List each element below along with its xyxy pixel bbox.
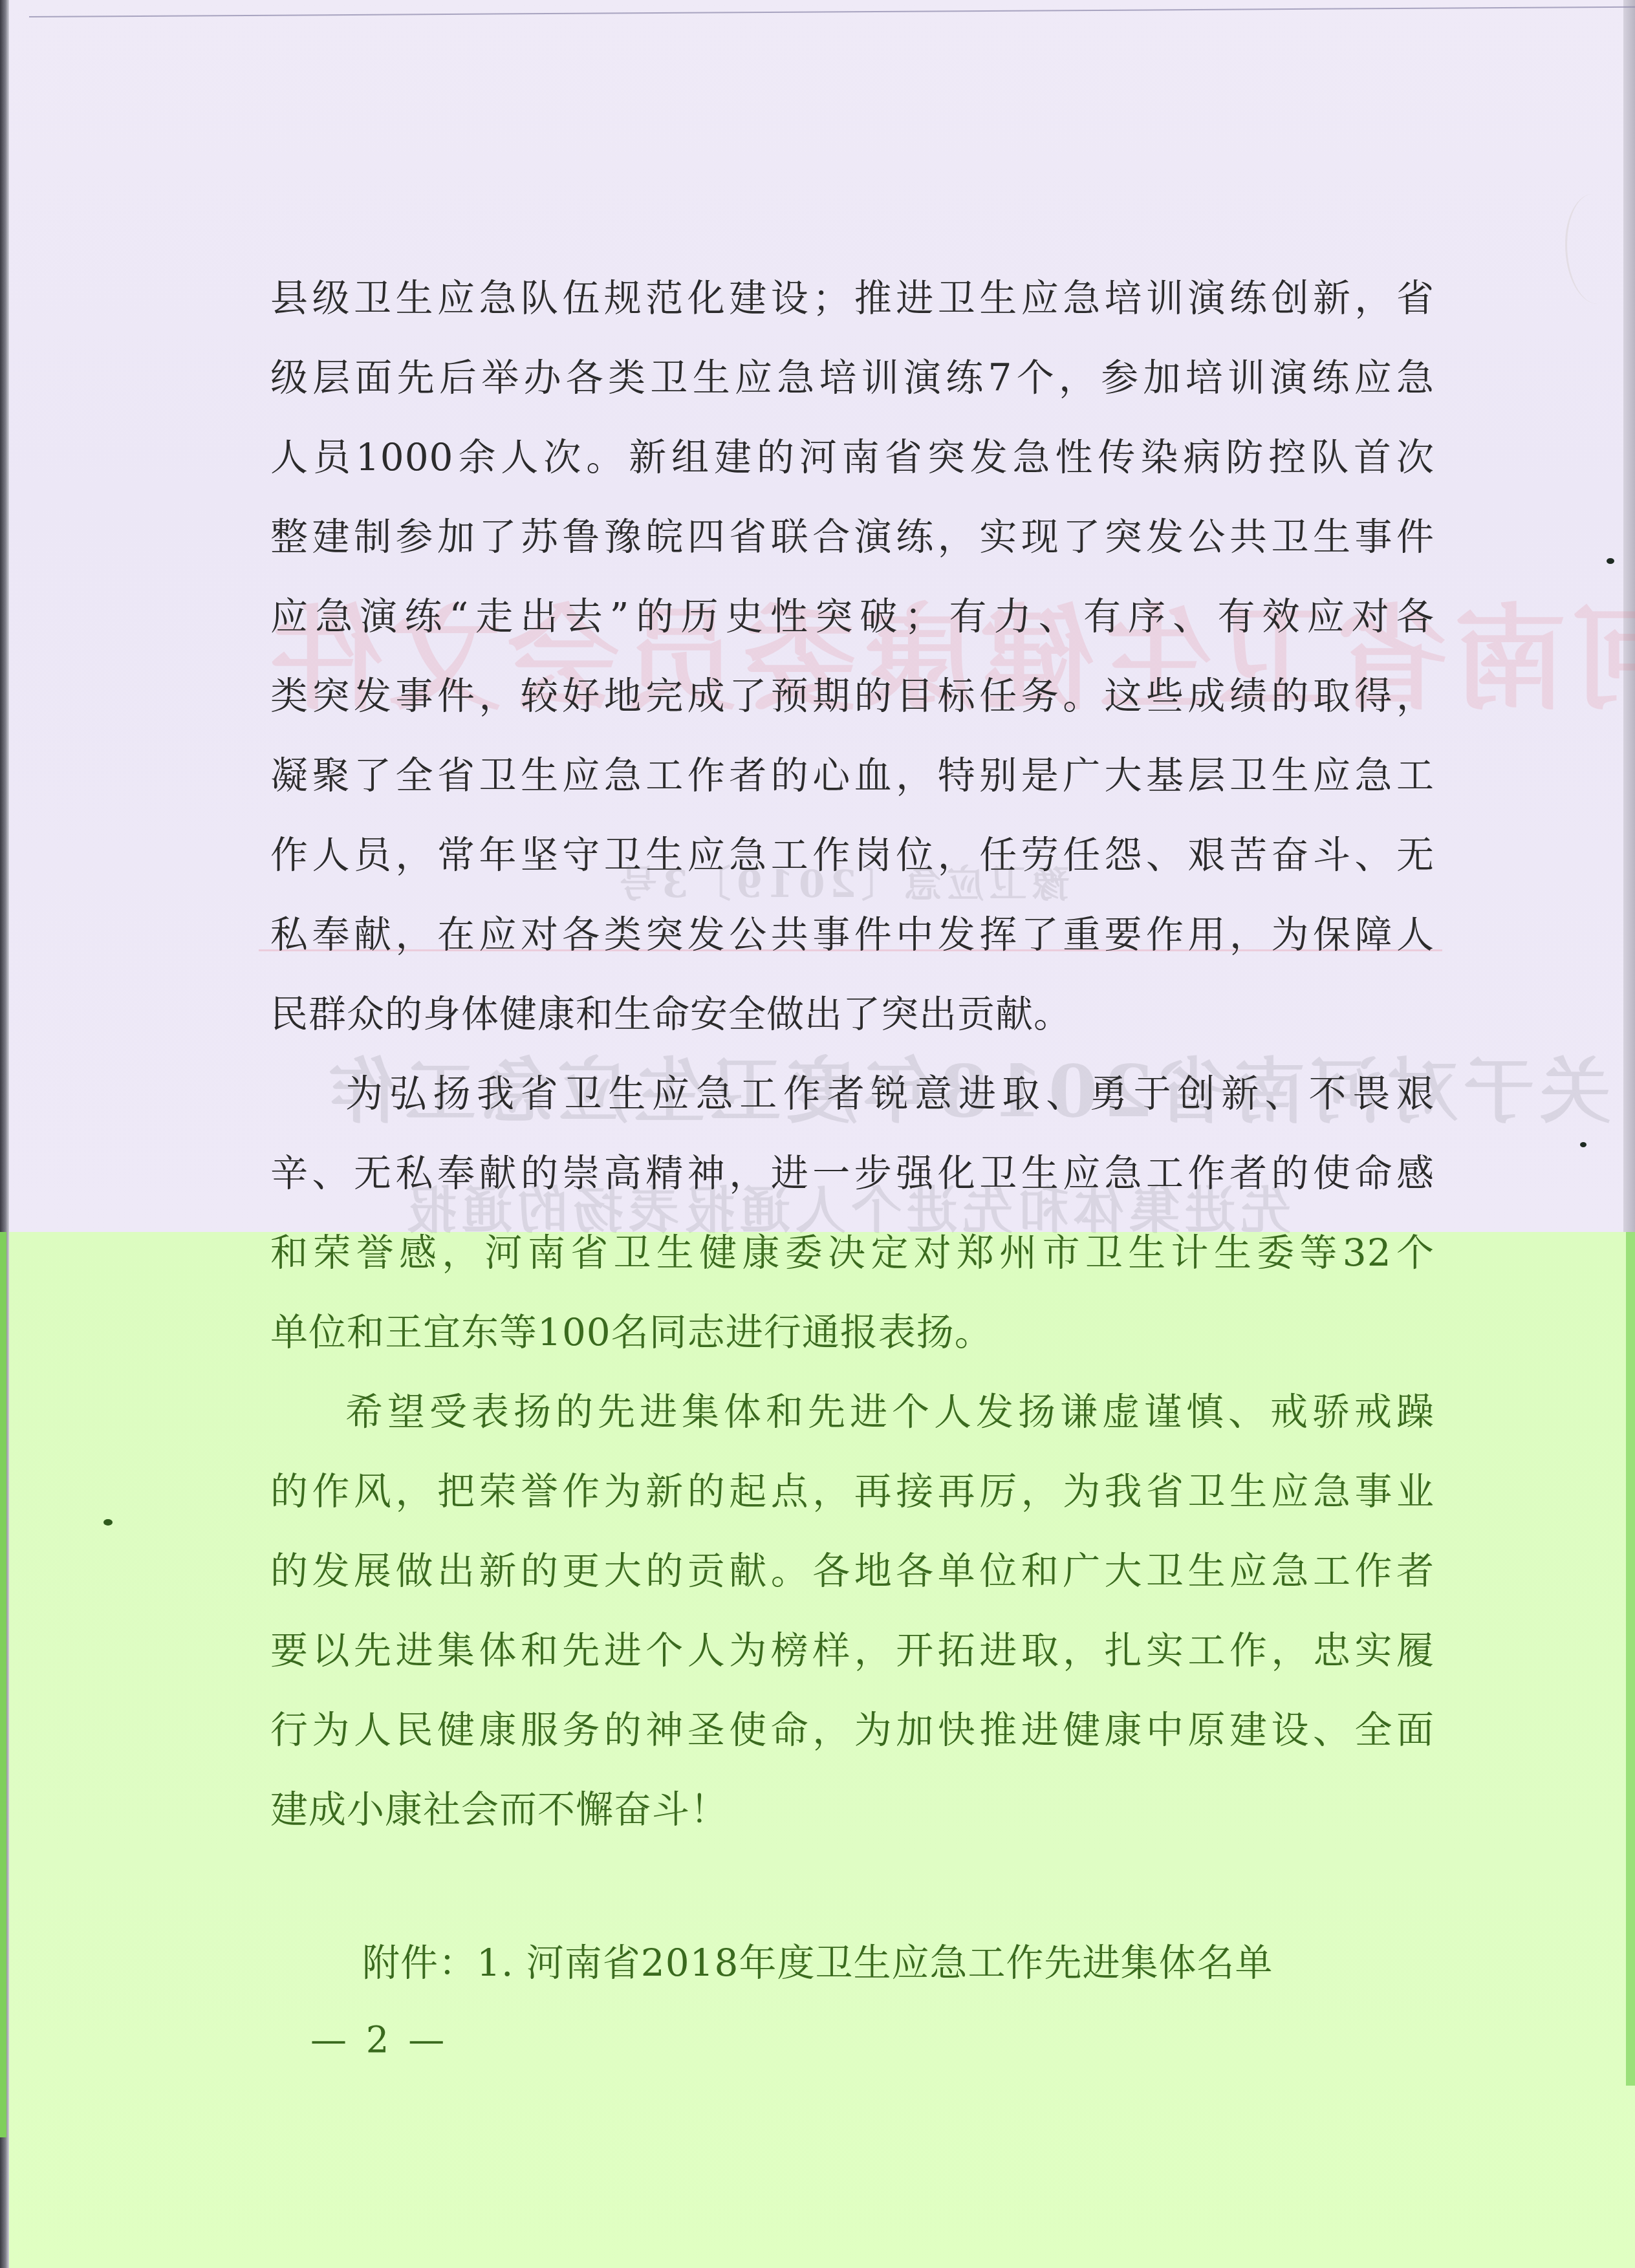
text-line: 民群众的身体健康和生命安全做出了突出贡献。 [270, 975, 1435, 1054]
text-line: 辛、无私奉献的崇高精神，进一步强化卫生应急工作者的使命感 [270, 1134, 1435, 1213]
ink-speck [103, 1519, 113, 1526]
scan-right-edge [1623, 0, 1635, 1232]
scan-right-edge-tint [1626, 1232, 1635, 2086]
document-body: 县级卫生应急队伍规范化建设；推进卫生应急培训演练创新，省 级层面先后举办各类卫生… [270, 259, 1435, 1850]
scan-left-edge-tint [0, 1232, 6, 2137]
text-line: 级层面先后举办各类卫生应急培训演练7个，参加培训演练应急 [270, 338, 1435, 418]
text-line: 和荣誉感，河南省卫生健康委决定对郑州市卫生计生委等32个 [270, 1213, 1435, 1293]
text-line: 希望受表扬的先进集体和先进个人发扬谦虚谨慎、戒骄戒躁 [270, 1372, 1435, 1452]
text-line: 类突发事件，较好地完成了预期的目标任务。这些成绩的取得， [270, 656, 1435, 736]
attachment-line: 附件：1. 河南省2018年度卫生应急工作先进集体名单 [362, 1934, 1273, 1992]
paragraph-3: 希望受表扬的先进集体和先进个人发扬谦虚谨慎、戒骄戒躁 的作风，把荣誉作为新的起点… [270, 1372, 1435, 1850]
text-line: 建成小康社会而不懈奋斗！ [270, 1770, 1435, 1850]
text-line: 为弘扬我省卫生应急工作者锐意进取、勇于创新、不畏艰 [270, 1054, 1435, 1134]
text-line: 整建制参加了苏鲁豫皖四省联合演练，实现了突发公共卫生事件 [270, 497, 1435, 577]
text-line: 要以先进集体和先进个人为榜样，开拓进取，扎实工作，忠实履 [270, 1611, 1435, 1690]
text-line: 人员1000余人次。新组建的河南省突发急性传染病防控队首次 [270, 418, 1435, 497]
text-line: 县级卫生应急队伍规范化建设；推进卫生应急培训演练创新，省 [270, 259, 1435, 338]
paragraph-1: 县级卫生应急队伍规范化建设；推进卫生应急培训演练创新，省 级层面先后举办各类卫生… [270, 259, 1435, 1054]
ink-speck [1580, 1142, 1586, 1147]
text-line: 单位和王宜东等100名同志进行通报表扬。 [270, 1293, 1435, 1372]
text-line: 行为人民健康服务的神圣使命，为加快推进健康中原建设、全面 [270, 1690, 1435, 1770]
text-line: 应急演练“走出去”的历史性突破；有力、有序、有效应对各 [270, 577, 1435, 656]
text-line: 私奉献，在应对各类突发公共事件中发挥了重要作用，为保障人 [270, 895, 1435, 975]
text-line: 作人员，常年坚守卫生应急工作岗位，任劳任怨、艰苦奋斗、无 [270, 815, 1435, 895]
text-line: 凝聚了全省卫生应急工作者的心血，特别是广大基层卫生应急工 [270, 736, 1435, 815]
page-number: — 2 — [310, 2014, 448, 2066]
text-line: 的作风，把荣誉作为新的起点，再接再厉，为我省卫生应急事业 [270, 1452, 1435, 1531]
text-line: 的发展做出新的更大的贡献。各地各单位和广大卫生应急工作者 [270, 1531, 1435, 1611]
ink-speck [1607, 558, 1614, 564]
paragraph-2: 为弘扬我省卫生应急工作者锐意进取、勇于创新、不畏艰 辛、无私奉献的崇高精神，进一… [270, 1054, 1435, 1372]
